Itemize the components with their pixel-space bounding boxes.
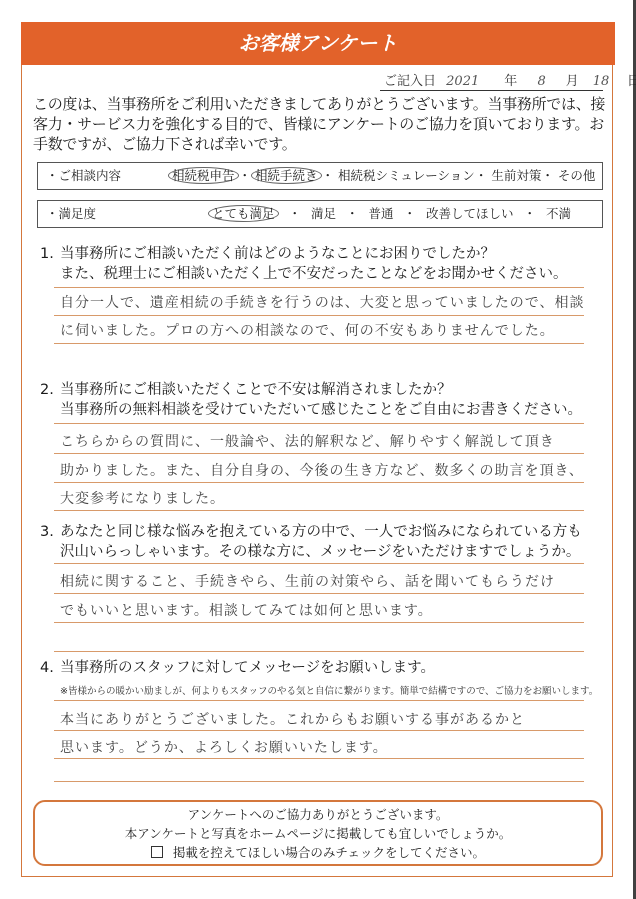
option-pre-death-planning[interactable]: 生前対策	[491, 168, 541, 183]
answer-rule	[54, 700, 584, 701]
answer-1-line-2[interactable]: に伺いました。プロの方への相談なので、何の不安もありませんでした。	[60, 320, 590, 340]
answer-4-line-2[interactable]: 思います。どうか、よろしくお願いいたします。	[60, 737, 590, 757]
footer-permission-question: 本アンケートと写真をホームページに掲載しても宜しいでしょうか。	[35, 824, 601, 843]
answer-2-line-2[interactable]: 助かりました。また、自分自身の、今後の生き方など、数多くの助言を頂き、	[60, 460, 590, 480]
question-2-line-1: 当事務所にご相談いただくことで不安は解消されましたか？	[60, 380, 610, 400]
answer-rule	[54, 510, 584, 511]
question-1-line-1: 当事務所にご相談いただく前はどのようなことにお困りでしたか？	[60, 244, 610, 264]
option-dissatisfied[interactable]: 不満	[546, 206, 571, 221]
consultation-label: ・ご相談内容	[46, 163, 121, 189]
answer-2-line-3[interactable]: 大変参考になりました。	[60, 488, 590, 508]
satisfaction-box: ・満足度 とても満足 ・ 満足 ・ 普通 ・ 改善してほしい ・ 不満	[37, 200, 603, 228]
answer-rule	[54, 730, 584, 731]
survey-title: お客様アンケート	[21, 22, 615, 65]
answer-3-line-1[interactable]: 相続に関すること、手続きやら、生前の対策やら、話を聞いてもらうだけ	[60, 571, 590, 591]
consultation-options: 相続税申告・相続手続き・ 相続税シミュレーション・ 生前対策・ その他	[168, 163, 595, 189]
footer-consent-box: アンケートへのご協力ありがとうございます。 本アンケートと写真をホームページに掲…	[33, 800, 603, 866]
answer-3-line-2[interactable]: でもいいと思います。相談してみては如何と思います。	[60, 600, 590, 620]
answer-rule	[54, 343, 584, 344]
answer-rule	[54, 453, 584, 454]
question-3-line-1: あなたと同じ様な悩みを抱えている方の中で、一人でお悩みになられている方も	[60, 522, 610, 542]
answer-rule	[54, 781, 584, 782]
question-2-line-2: 当事務所の無料相談を受けていただいて感じたことをご自由にお書きください。	[60, 400, 610, 420]
question-4-line-1: 当事務所のスタッフに対してメッセージをお願いします。	[60, 658, 610, 678]
answer-1-line-1[interactable]: 自分一人で、遺産相続の手続きを行うのは、大変と思っていましたので、相談	[60, 292, 590, 312]
question-4-note: ※皆様からの暖かい励ましが、何よりもスタッフのやる気と自信に繋がります。簡単で結…	[60, 683, 598, 697]
answer-rule	[54, 423, 584, 424]
answer-4-line-1[interactable]: 本当にありがとうございました。これからもお願いする事があるかと	[60, 709, 590, 729]
question-3-line-2: 沢山いらっしゃいます。その様な方に、メッセージをいただけますでしょうか。	[60, 542, 610, 562]
satisfaction-options: とても満足 ・ 満足 ・ 普通 ・ 改善してほしい ・ 不満	[208, 201, 571, 227]
option-inheritance-procedure[interactable]: 相続手続き	[251, 167, 322, 184]
option-tax-simulation[interactable]: 相続税シミュレーション	[338, 168, 475, 183]
answer-rule	[54, 482, 584, 483]
option-neutral[interactable]: 普通	[369, 206, 394, 221]
answer-rule	[54, 758, 584, 759]
option-very-satisfied[interactable]: とても満足	[208, 205, 279, 222]
year-unit: 年	[504, 70, 517, 89]
option-inheritance-tax-filing[interactable]: 相続税申告	[168, 167, 239, 184]
date-field: ご記入日 2021 年 8 月 18 日	[380, 70, 603, 91]
satisfaction-label: ・満足度	[46, 201, 96, 227]
question-1: 1. 当事務所にご相談いただく前はどのようなことにお困りでしたか？ また、税理士…	[40, 244, 610, 284]
date-label: ご記入日	[384, 70, 436, 89]
question-1-line-2: また、税理士にご相談いただく上で不安だったことなどをお聞かせください。	[60, 264, 610, 284]
question-3: 3. あなたと同じ様な悩みを抱えている方の中で、一人でお悩みになられている方も …	[40, 522, 610, 562]
answer-rule	[54, 287, 584, 288]
answer-rule	[54, 563, 584, 564]
answer-rule	[54, 651, 584, 652]
footer-thanks: アンケートへのご協力ありがとうございます。	[35, 805, 601, 824]
question-4: 4. 当事務所のスタッフに対してメッセージをお願いします。	[40, 658, 610, 678]
answer-rule	[54, 622, 584, 623]
publish-opt-out-checkbox[interactable]	[151, 846, 163, 858]
checkbox-label: 掲載を控えてほしい場合のみチェックをしてください。	[173, 845, 485, 860]
date-year[interactable]: 2021	[446, 74, 496, 89]
option-needs-improvement[interactable]: 改善してほしい	[426, 206, 514, 221]
month-unit: 月	[566, 70, 579, 89]
date-day[interactable]: 18	[593, 74, 617, 89]
consultation-box: ・ご相談内容 相続税申告・相続手続き・ 相続税シミュレーション・ 生前対策・ そ…	[37, 162, 603, 190]
intro-text: この度は、当事務所をご利用いただきましてありがとうございます。当事務所では、接客…	[33, 94, 608, 154]
answer-rule	[54, 315, 584, 316]
footer-checkbox-row: 掲載を控えてほしい場合のみチェックをしてください。	[35, 843, 601, 862]
answer-2-line-1[interactable]: こちらからの質問に、一般論や、法的解釈など、解りやすく解説して頂き	[60, 431, 590, 451]
date-month[interactable]: 8	[537, 74, 557, 89]
question-2: 2. 当事務所にご相談いただくことで不安は解消されましたか？ 当事務所の無料相談…	[40, 380, 610, 420]
option-other[interactable]: その他	[558, 168, 596, 183]
answer-rule	[54, 593, 584, 594]
option-satisfied[interactable]: 満足	[311, 206, 336, 221]
